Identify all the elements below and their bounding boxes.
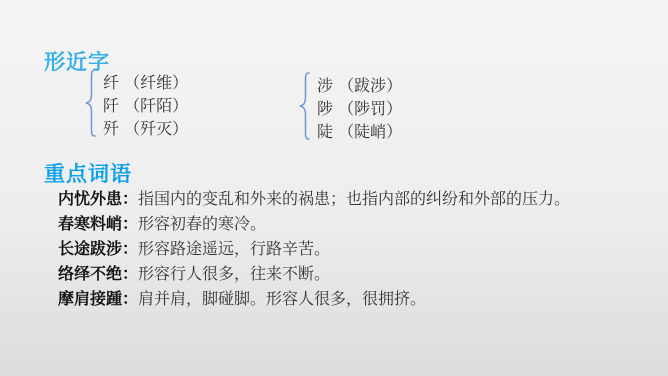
char-item: 陟 （陟罚）	[317, 97, 402, 120]
word-definition: 形容路途遥远，行路辛苦。	[138, 239, 330, 258]
left-brace-icon	[298, 71, 311, 145]
char-list: 纤 （纤维） 阡 （阡陌） 歼 （歼灭）	[103, 71, 188, 140]
section-title-zhongdian-ciyu: 重点词语	[44, 158, 132, 188]
char-group-left: 纤 （纤维） 阡 （阡陌） 歼 （歼灭）	[84, 68, 188, 142]
similar-characters-area: 纤 （纤维） 阡 （阡陌） 歼 （歼灭） 涉 （跋涉） 陟 （陟罚） 陡 （陡峭…	[0, 66, 668, 142]
word-entry: 长途跋涉：形容路途遥远，行路辛苦。	[58, 236, 648, 261]
char-item: 歼 （歼灭）	[103, 117, 188, 140]
char-item: 陡 （陡峭）	[317, 120, 402, 143]
word-term: 摩肩接踵：	[58, 289, 138, 308]
left-brace-icon	[84, 68, 97, 142]
word-term: 内忧外患：	[58, 189, 138, 208]
char-group-right: 涉 （跋涉） 陟 （陟罚） 陡 （陡峭）	[298, 71, 402, 145]
char-item: 纤 （纤维）	[103, 71, 188, 94]
char-item: 涉 （跋涉）	[317, 74, 402, 97]
word-definition: 肩并肩，脚碰脚。形容人很多，很拥挤。	[138, 289, 426, 308]
word-term: 络绎不绝：	[58, 264, 138, 283]
word-entry: 摩肩接踵：肩并肩，脚碰脚。形容人很多，很拥挤。	[58, 286, 648, 311]
word-term: 长途跋涉：	[58, 239, 138, 258]
word-definition: 形容初春的寒冷。	[138, 214, 266, 233]
presentation-slide: 形近字 纤 （纤维） 阡 （阡陌） 歼 （歼灭） 涉 （跋涉）	[0, 0, 668, 376]
word-entry: 络绎不绝：形容行人很多，往来不断。	[58, 261, 648, 286]
char-list: 涉 （跋涉） 陟 （陟罚） 陡 （陡峭）	[317, 74, 402, 143]
word-entry: 春寒料峭：形容初春的寒冷。	[58, 211, 648, 236]
word-definition: 形容行人很多，往来不断。	[138, 264, 330, 283]
word-definition: 指国内的变乱和外来的祸患；也指内部的纠纷和外部的压力。	[138, 189, 570, 208]
key-words-list: 内忧外患：指国内的变乱和外来的祸患；也指内部的纠纷和外部的压力。 春寒料峭：形容…	[58, 186, 648, 311]
word-term: 春寒料峭：	[58, 214, 138, 233]
char-item: 阡 （阡陌）	[103, 94, 188, 117]
word-entry: 内忧外患：指国内的变乱和外来的祸患；也指内部的纠纷和外部的压力。	[58, 186, 648, 211]
